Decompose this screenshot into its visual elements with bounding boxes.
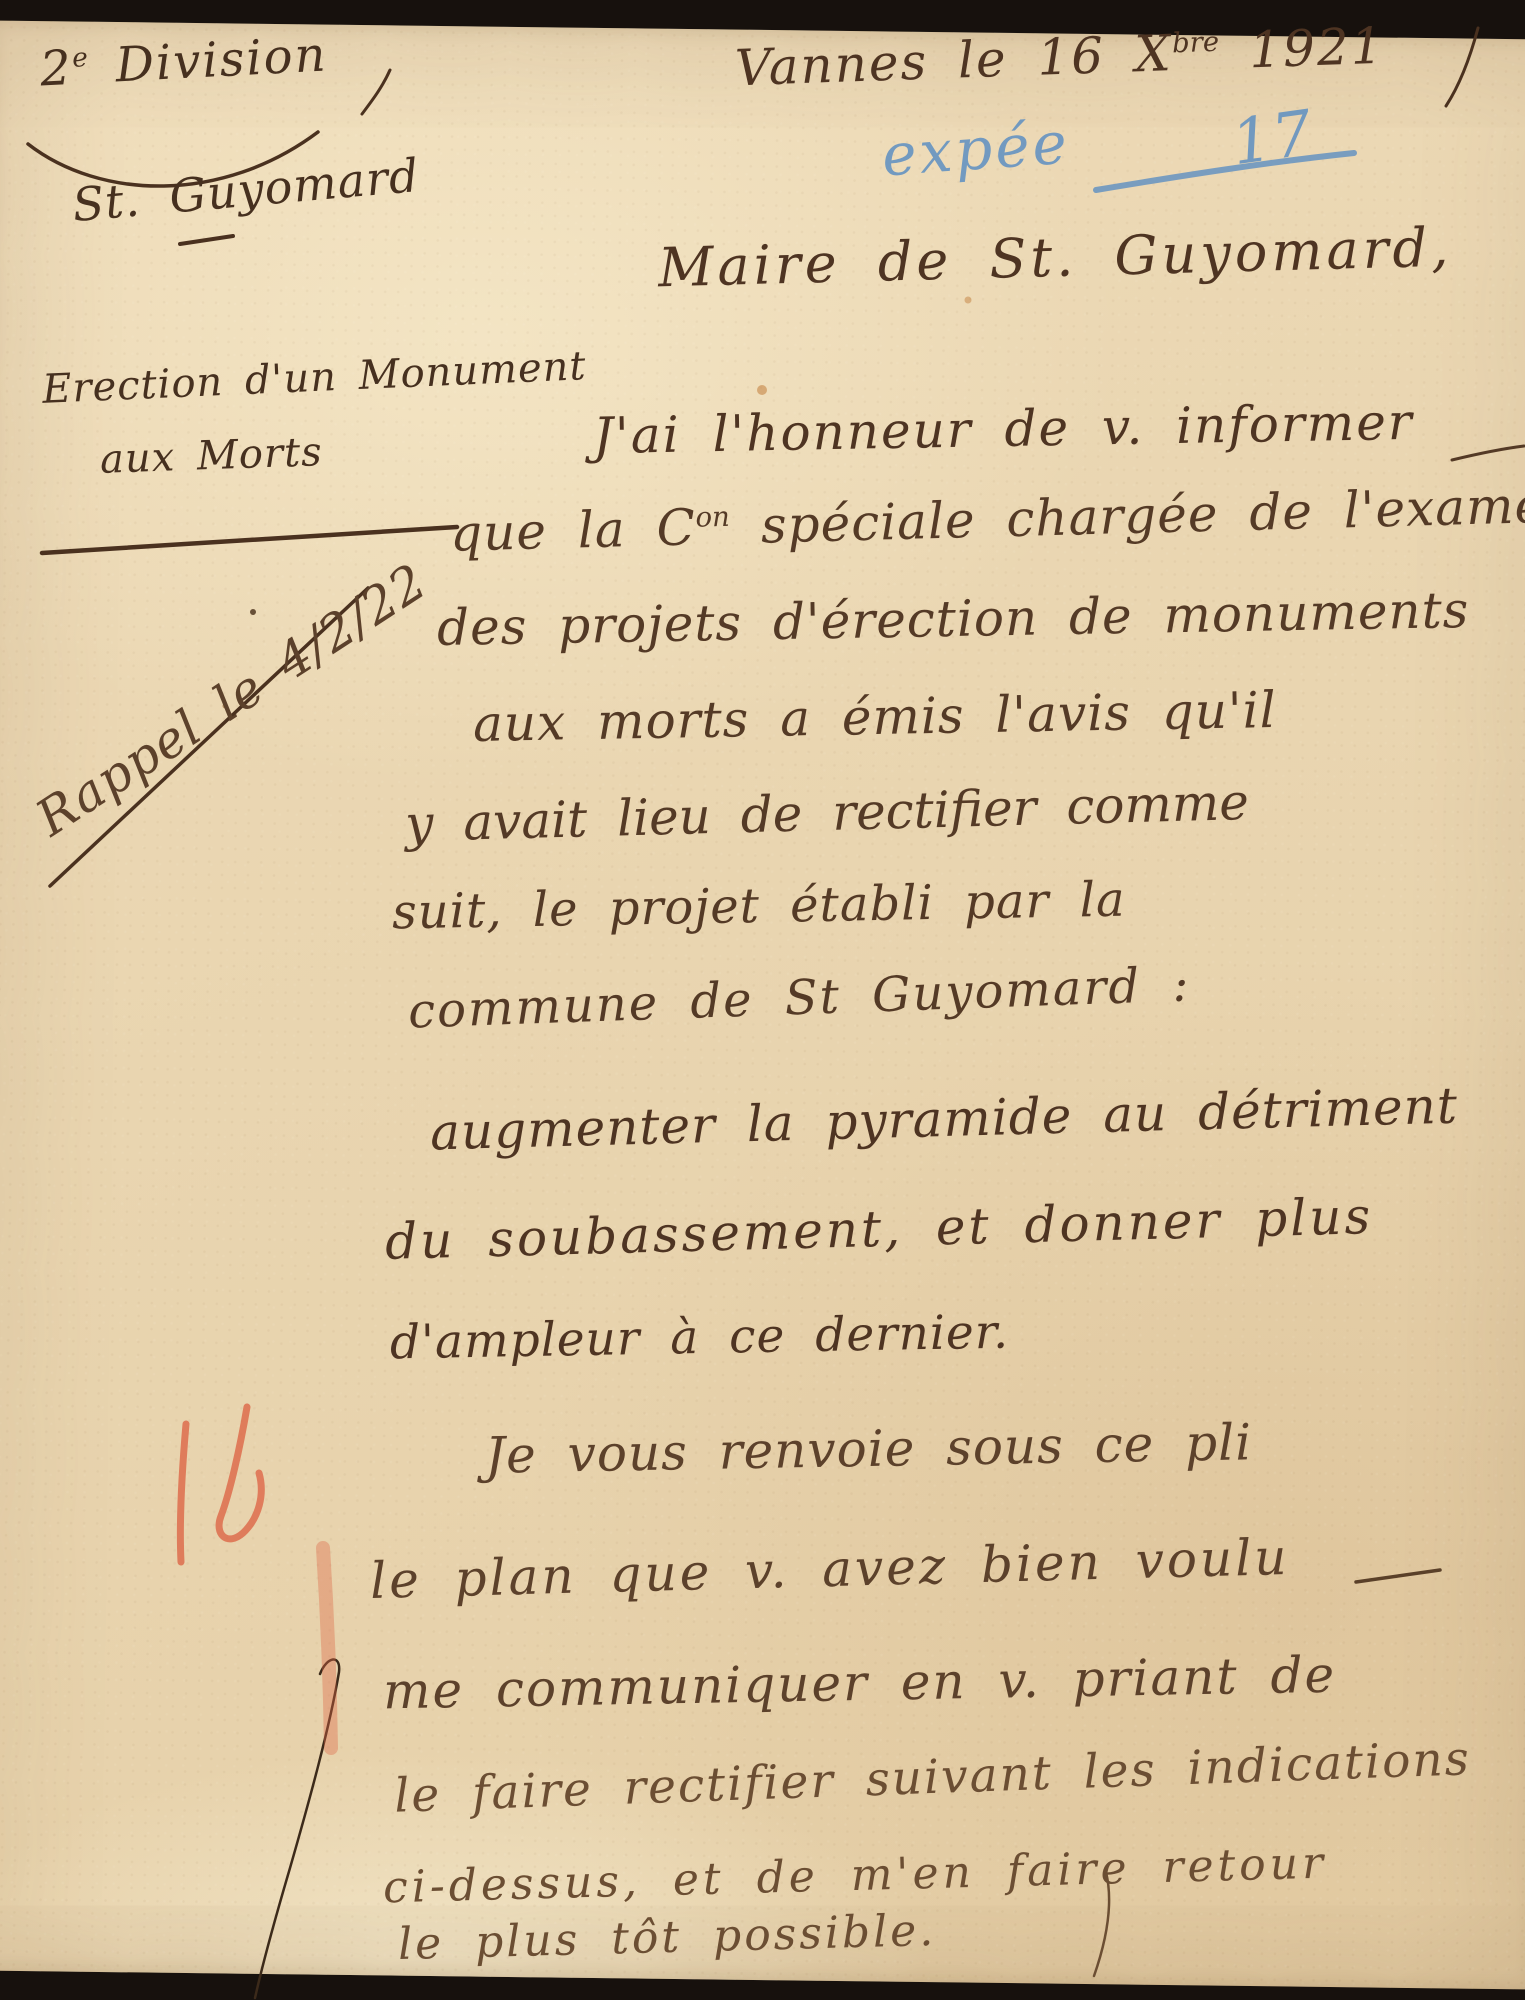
body-line-15: ci-dessus, et de m'en faire retour [383,1840,1328,1913]
commission-sup: on [695,501,730,534]
body-line-11: Je vous renvoie sous ce pli [485,1415,1253,1483]
body-line-2-rest: spéciale chargée de l'examen [729,475,1525,555]
body-line-9: du soubassement, et donner plus [384,1189,1373,1270]
body-line-6: suit, le projet établi par la [392,874,1126,940]
division-ordinal-sup: e [71,42,88,74]
body-line-12: le plan que v. avez bien voulu [369,1530,1290,1609]
letter-scan: 2e Division St. Guyomard Erection d'un M… [0,0,1525,2000]
division-number: 2 [39,40,74,98]
body-line-7: commune de St Guyomard : [407,958,1191,1038]
body-line-3: des projets d'érection de monuments [437,583,1470,656]
division-word: Division [87,27,329,95]
salutation: Maire de St. Guyomard, [657,218,1453,298]
body-line-8: augmenter la pyramide au détriment [429,1079,1458,1161]
date-year: 1921 [1218,17,1385,81]
dispatch-number: 17 [1228,99,1318,178]
commune-reference: St. Guyomard [70,150,421,231]
reminder-note: Rappel le 4/2/22 [27,554,436,847]
body-line-13: me communiquer en v. priant de [383,1648,1337,1720]
subject-line-2: aux Morts [99,430,323,482]
dispatch-blue-note: expée [880,112,1072,189]
division-heading: 2e Division [39,29,329,97]
body-line-14: le faire rectifier suivant les indicatio… [393,1733,1471,1822]
subject-line-1: Erection d'un Monument [41,344,587,412]
body-line-4: aux morts a émis l'avis qu'il [473,683,1278,752]
date-month-sup: bre [1171,26,1219,60]
handwriting-layer: 2e Division St. Guyomard Erection d'un M… [0,0,1525,2000]
place-date-line: Vannes le 16 Xbre 1921 [734,19,1385,97]
body-line-5: y avait lieu de rectifier comme [404,775,1249,852]
body-line-16: le plus tôt possible. [397,1907,936,1969]
body-line-10: d'ampleur à ce dernier. [390,1307,1010,1369]
place-date-text: Vannes le 16 X [734,24,1173,97]
body-line-2-text: que la C [449,498,696,562]
body-line-2: que la Con spéciale chargée de l'examen [449,477,1525,562]
body-line-1: J'ai l'honneur de v. informer [593,395,1415,464]
